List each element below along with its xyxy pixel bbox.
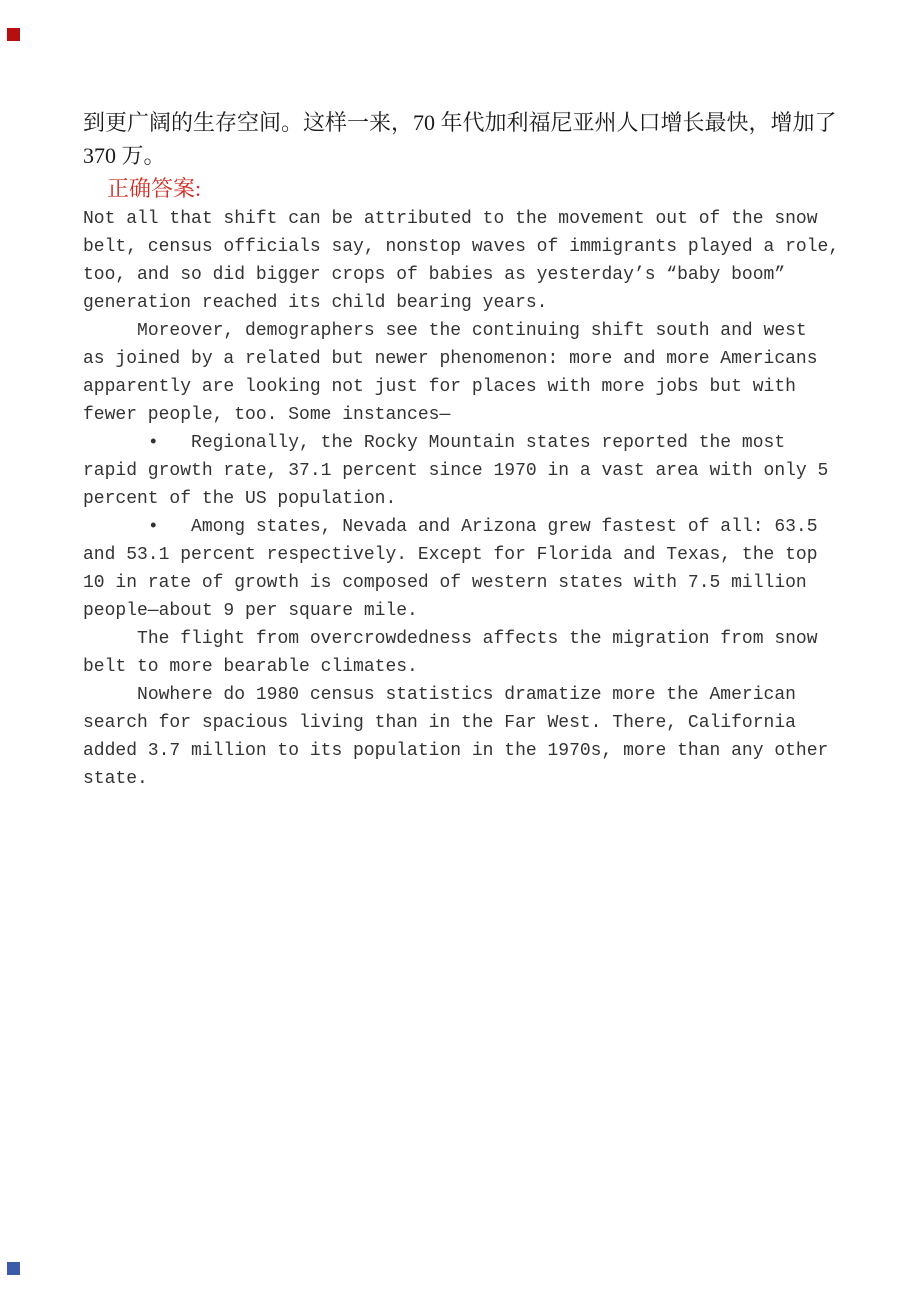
chinese-intro-text: 到更广阔的生存空间。这样一来，70 年代加利福尼亚州人口增长最快，增加了 370… bbox=[83, 106, 895, 172]
answer-paragraph: Nowhere do 1980 census statistics dramat… bbox=[83, 681, 895, 793]
document-page: 到更广阔的生存空间。这样一来，70 年代加利福尼亚州人口增长最快，增加了 370… bbox=[0, 0, 920, 1302]
answer-paragraph: Not all that shift can be attributed to … bbox=[83, 205, 895, 317]
answer-paragraph-bullet: • Regionally, the Rocky Mountain states … bbox=[83, 429, 895, 513]
answer-paragraph: The flight from overcrowdedness affects … bbox=[83, 625, 895, 681]
document-content: 到更广阔的生存空间。这样一来，70 年代加利福尼亚州人口增长最快，增加了 370… bbox=[83, 106, 895, 793]
answer-body: Not all that shift can be attributed to … bbox=[83, 205, 895, 793]
answer-paragraph-bullet: • Among states, Nevada and Arizona grew … bbox=[83, 513, 895, 625]
answer-paragraph: Moreover, demographers see the continuin… bbox=[83, 317, 895, 429]
blue-square-marker bbox=[7, 1262, 20, 1275]
correct-answer-label: 正确答案: bbox=[83, 172, 895, 205]
red-square-marker bbox=[7, 28, 20, 41]
